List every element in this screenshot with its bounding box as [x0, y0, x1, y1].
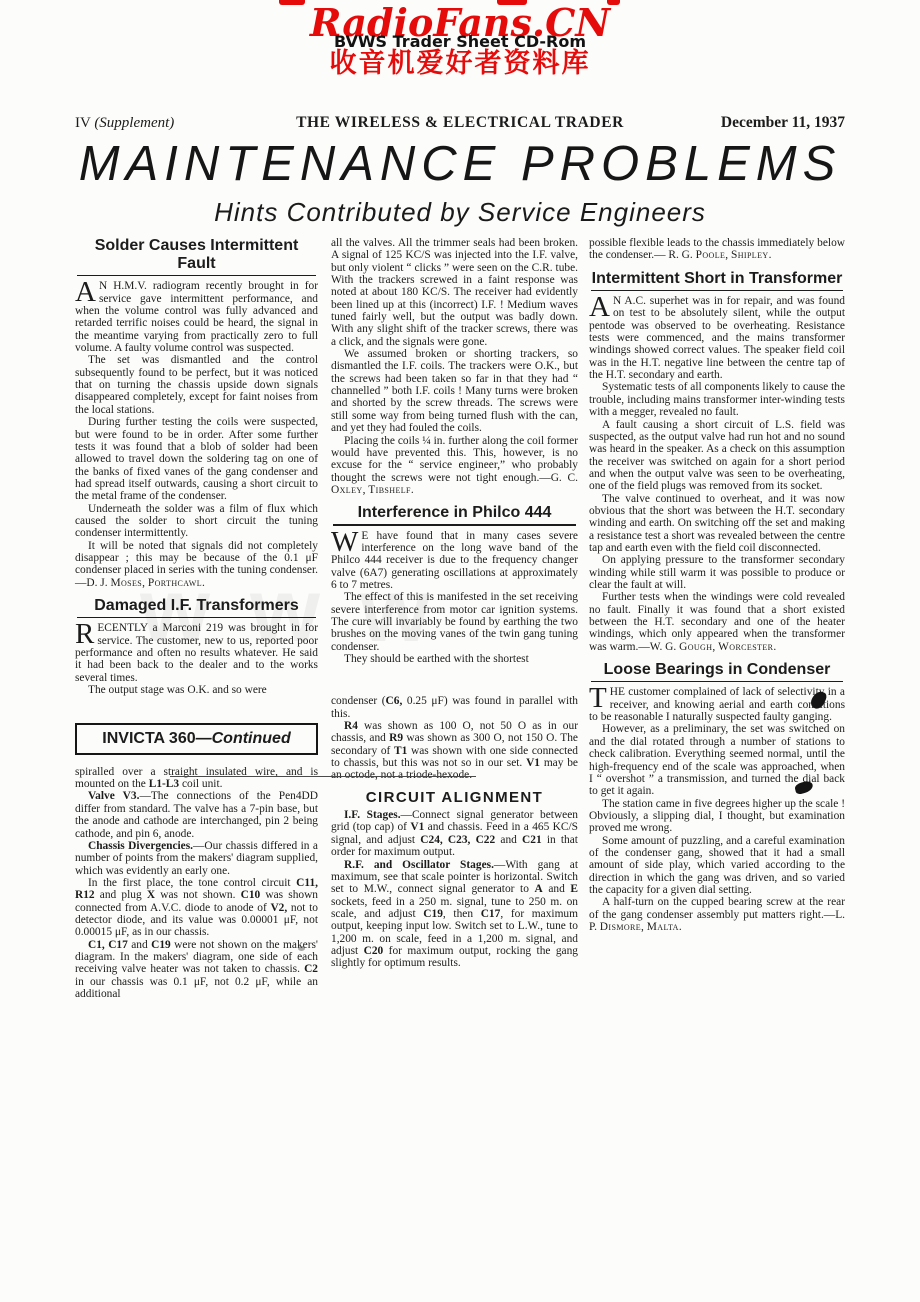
continued-box-label: —Continued	[196, 730, 291, 747]
drop-cap: A	[589, 295, 613, 319]
column-2: all the valves. All the trimmer seals ha…	[331, 237, 578, 970]
paragraph: It will be noted that signals did not co…	[75, 540, 318, 589]
paragraph: Underneath the solder was a film of flux…	[75, 503, 318, 540]
paragraph: The effect of this is manifested in the …	[331, 591, 578, 653]
paragraph: R4 was shown as 100 O, not 50 O as in ou…	[331, 720, 578, 782]
article-heading: Intermittent Short in Transformer	[589, 270, 845, 291]
scanned-page: RadioFans.CN BVWS Trader Sheet CD-Rom 收音…	[0, 0, 920, 1302]
folio: IV (Supplement)	[75, 115, 265, 132]
folio-number: IV	[75, 115, 91, 131]
column-3: possible flexible leads to the chassis i…	[589, 237, 845, 933]
ink-speck	[298, 946, 305, 951]
watermark-chinese-text: 收音机爱好者资料库	[0, 49, 920, 78]
drop-cap: R	[75, 622, 97, 646]
heading-rule	[77, 275, 316, 276]
paragraph: spiralled over a straight insulated wire…	[75, 766, 318, 791]
paragraph: Further tests when the windings were col…	[589, 591, 845, 653]
paragraph: WE have found that in many cases severe …	[331, 530, 578, 592]
column-gap	[75, 696, 318, 721]
section-subheading: CIRCUIT ALIGNMENT	[331, 792, 578, 804]
paragraph: Systematic tests of all components likel…	[589, 381, 845, 418]
paragraph: The station came in five degrees higher …	[589, 798, 845, 835]
paragraph: AN H.M.V. radiogram recently brought in …	[75, 280, 318, 354]
paragraph: I.F. Stages.—Connect signal generator be…	[331, 809, 578, 858]
paragraph: AN A.C. superhet was in for repair, and …	[589, 295, 845, 381]
article-heading: Loose Bearings in Condenser	[589, 661, 845, 682]
paragraph: The set was dismantled and the control s…	[75, 354, 318, 416]
watermark-cdrom-label: BVWS Trader Sheet CD-Rom	[0, 34, 920, 49]
paragraph: We assumed broken or shorting trackers, …	[331, 348, 578, 434]
paragraph: The output stage was O.K. and so were	[75, 684, 318, 696]
section-divider-rule	[170, 776, 476, 777]
page-subtitle: Hints Contributed by Service Engineers	[0, 197, 920, 228]
drop-cap: W	[331, 530, 361, 554]
paragraph: all the valves. All the trimmer seals ha…	[331, 237, 578, 348]
page-title: MAINTENANCE PROBLEMS	[0, 140, 920, 189]
heading-rule	[77, 617, 316, 618]
heading-rule	[333, 524, 576, 525]
continued-box: INVICTA 360—Continued	[75, 723, 318, 754]
paragraph: condenser (C6, 0.25 μF) was found in par…	[331, 695, 578, 720]
paragraph: On applying pressure to the transformer …	[589, 554, 845, 591]
paragraph: The valve continued to overheat, and it …	[589, 493, 845, 555]
paragraph: THE customer complained of lack of selec…	[589, 686, 845, 723]
heading-rule	[591, 681, 843, 682]
paragraph: A fault causing a short circuit of L.S. …	[589, 419, 845, 493]
heading-rule	[591, 290, 843, 291]
paragraph: Valve V3.—The connections of the Pen4DD …	[75, 790, 318, 839]
article-heading: Interference in Philco 444	[331, 504, 578, 525]
issue-date: December 11, 1937	[655, 114, 845, 132]
article-heading: Damaged I.F. Transformers	[75, 597, 318, 618]
paragraph: Placing the coils ¼ in. further along th…	[331, 435, 578, 497]
column-1: Solder Causes Intermittent FaultAN H.M.V…	[75, 237, 318, 1000]
paragraph: A half-turn on the cupped bearing screw …	[589, 896, 845, 933]
journal-title: THE WIRELESS & ELECTRICAL TRADER	[265, 114, 655, 132]
paragraph: Some amount of puzzling, and a careful e…	[589, 835, 845, 897]
drop-cap: T	[589, 686, 610, 710]
supplement-label: (Supplement)	[94, 115, 174, 131]
column-gap	[331, 665, 578, 695]
paragraph: C1, C17 and C19 were not shown on the ma…	[75, 939, 318, 1001]
paragraph: RECENTLY a Marconi 219 was brought in fo…	[75, 622, 318, 684]
article-heading: Solder Causes Intermittent Fault	[75, 237, 318, 276]
paragraph: In the first place, the tone control cir…	[75, 877, 318, 939]
drop-cap: A	[75, 280, 99, 304]
paragraph: possible flexible leads to the chassis i…	[589, 237, 845, 262]
paragraph: They should be earthed with the shortest	[331, 653, 578, 665]
continued-box-model: INVICTA 360	[102, 730, 195, 747]
watermark-block: RadioFans.CN BVWS Trader Sheet CD-Rom 收音…	[0, 5, 920, 78]
running-head: IV (Supplement) THE WIRELESS & ELECTRICA…	[75, 114, 845, 132]
paragraph: Chassis Divergencies.—Our chassis differ…	[75, 840, 318, 877]
paragraph: During further testing the coils were su…	[75, 416, 318, 502]
paragraph: R.F. and Oscillator Stages.—With gang at…	[331, 859, 578, 970]
